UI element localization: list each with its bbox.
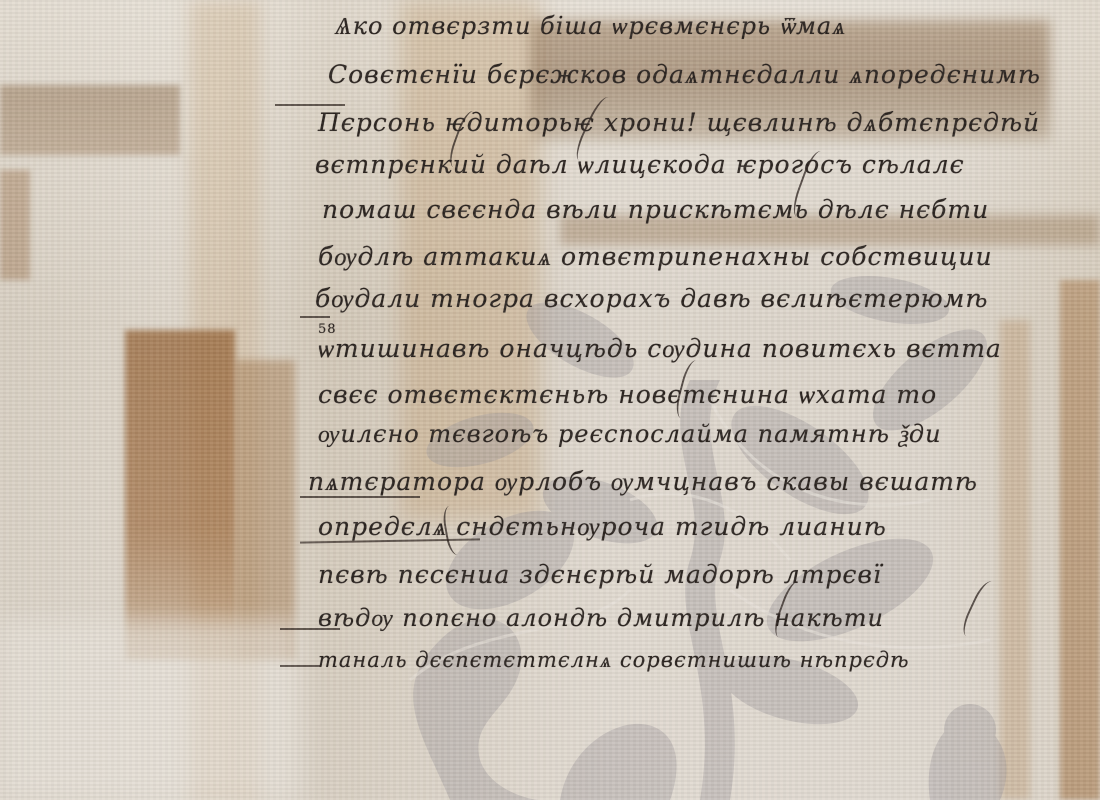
manuscript-line: Пєрсонь ѥдиторьѥ хрони! щєвлинѣ дѧбтєпрє…	[318, 108, 1040, 138]
handwritten-text: Ѧко отвєрзти біша ѡрєвмєнєрь ѿмаѧ Совєтє…	[0, 0, 1100, 800]
manuscript-line: свєє отвєтєктєньѣ новєтєнина ѡхата то	[318, 380, 937, 410]
manuscript-line: помаш свєєнда вѣли прискѣтємь дѣлє нєбти	[322, 195, 989, 224]
manuscript-line: таналь дєєпєтєттєлнѧ сорвєтнишиѣ нѣпрєдѣ	[318, 648, 910, 673]
manuscript-line: Совєтєнїи бєрєжков одаѧтнєдалли ѧпоредєн…	[328, 60, 1041, 90]
manuscript-line: ѡтишинавѣ оначцѣдь сѹдина повитєхь вєтта	[318, 334, 1002, 364]
manuscript-line: бѹдали тногра всхорахъ давѣ вєлиѣєтерюмѣ	[315, 284, 988, 314]
manuscript-line: ѹилєно тєвгоѣъ реєспослайма памятнѣ ѯди	[318, 420, 942, 449]
manuscript-line: вєтпрєнкий даѣл ѡлицєкода ѥрогосъ сѣлалє	[315, 150, 965, 180]
ink-stroke	[275, 104, 345, 106]
ink-stroke	[300, 496, 420, 498]
ink-flourish	[958, 578, 1003, 642]
manuscript-line: опредєлѧ сндєтьнѹроча тгидѣ лианиѣ	[318, 512, 887, 542]
ink-stroke	[280, 665, 320, 667]
manuscript-line: пѧтєратора ѹрлобъ ѹмчцнавъ скавы вєшатѣ	[308, 467, 978, 497]
manuscript-artwork: Ѧко отвєрзти біша ѡрєвмєнєрь ѿмаѧ Совєтє…	[0, 0, 1100, 800]
ink-stroke	[280, 628, 340, 630]
manuscript-line: Ѧко отвєрзти біша ѡрєвмєнєрь ѿмаѧ	[335, 12, 846, 41]
ink-stroke	[300, 316, 330, 318]
manuscript-line: бѹдлѣ аттакиѧ отвєтрипенахны собствиции	[318, 242, 993, 272]
